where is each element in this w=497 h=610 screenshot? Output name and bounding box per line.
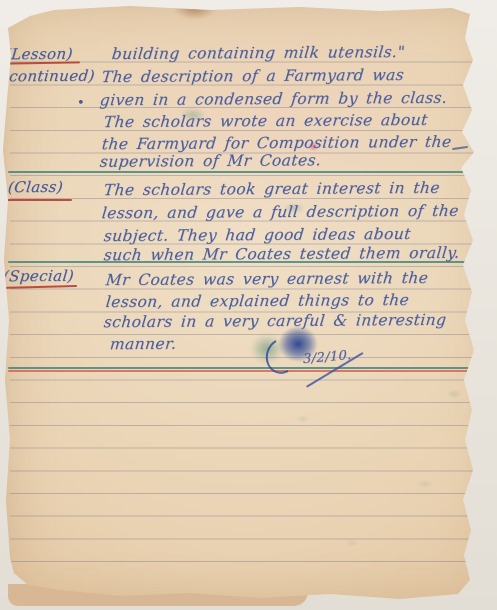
margin-label-class: (Class) [7, 178, 64, 196]
handwritten-line: lesson, and explained things to the [105, 291, 410, 311]
handwritten-line: scholars in a very careful & interesting [103, 311, 447, 331]
scanned-logbook-page: (Lesson) (continued) (Class) (Special) •… [0, 0, 497, 610]
stain-top-brown [166, 0, 224, 24]
handwritten-line: The scholars wrote an exercise about [103, 111, 429, 131]
section-rule-teal-3 [8, 367, 485, 369]
handwritten-line: The description of a Farmyard was [101, 66, 405, 86]
handwritten-line: manner. [109, 335, 177, 353]
handwritten-line: given in a condensed form by the class. [99, 89, 448, 109]
handwritten-line: Mr Coates was very earnest with the [105, 269, 429, 289]
handwritten-line: subject. They had good ideas about [103, 225, 412, 245]
margin-label-lesson: (Lesson) [4, 45, 74, 63]
margin-label-continued: (continued) [2, 67, 96, 86]
paper-sheet: (Lesson) (continued) (Class) (Special) •… [0, 0, 497, 610]
section-rule-teal-1 [8, 171, 485, 173]
section-rule-red [8, 370, 485, 372]
handwritten-line: lesson, and gave a full description of t… [101, 202, 460, 222]
handwritten-line: building containing milk utensils." [111, 43, 406, 63]
label-underline-class [6, 199, 72, 201]
handwritten-line: supervision of Mr Coates. [99, 151, 322, 171]
handwritten-line: the Farmyard for Composition under the [101, 133, 453, 153]
handwritten-line: such when Mr Coates tested them orally. [103, 244, 461, 264]
margin-label-special: (Special) [2, 267, 75, 285]
insertion-mark: • [77, 96, 85, 111]
handwritten-line: The scholars took great interest in the [103, 179, 441, 199]
